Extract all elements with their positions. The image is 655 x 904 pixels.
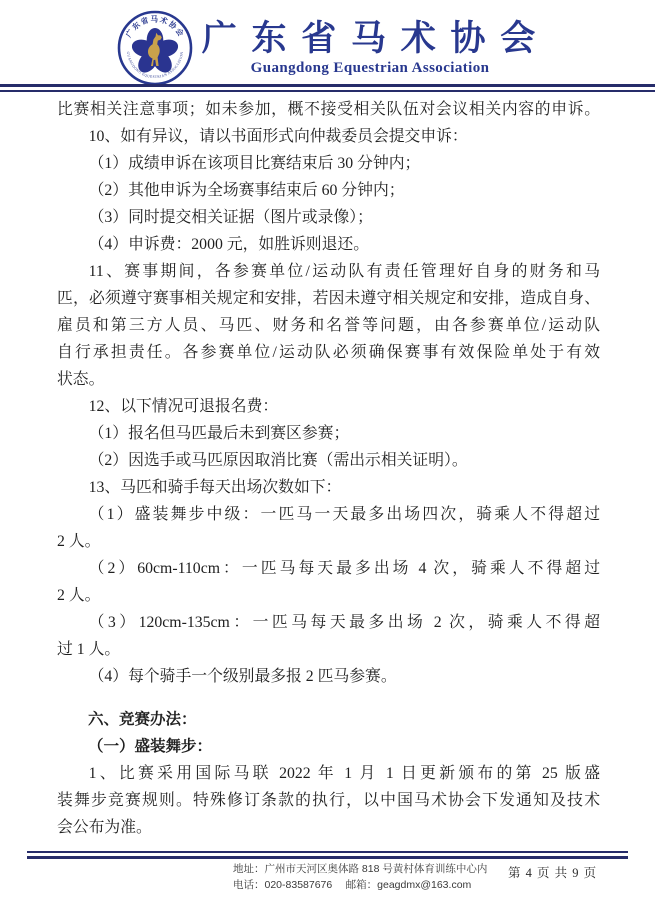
body-line: 自行承担责任。各参赛单位/运动队必须确保赛事有效保险单处于有效 xyxy=(57,339,600,366)
body-line: 雇员和第三方人员、马匹、财务和名誉等问题，由各参赛单位/运动队 xyxy=(57,312,600,339)
footer-address-line: 地址：广州市天河区奥体路 818 号黄村体育训练中心内 xyxy=(233,861,487,877)
body-line: 匹，必须遵守赛事相关规定和安排，若因未遵守相关规定和安排，造成自身、 xyxy=(57,285,600,312)
body-line: 过 1 人。 xyxy=(57,636,600,663)
subsection-heading: （一）盛装舞步： xyxy=(57,733,600,760)
body-line: （3）120cm-135cm：一匹马每天最多出场 2 次，骑乘人不得超 xyxy=(57,609,600,636)
body-line: 2 人。 xyxy=(57,582,600,609)
body-line: 2 人。 xyxy=(57,528,600,555)
document-page: 广东省马术协会 GUANGDONG EQUESTRIAN ASSOCIATION… xyxy=(0,0,655,904)
page-indicator: 第 4 页 共 9 页 xyxy=(508,863,597,881)
org-name-chinese: 广 东 省 马 术 协 会 xyxy=(202,19,539,59)
org-name-english: Guangdong Equestrian Association xyxy=(251,60,490,77)
letterhead-titles: 广 东 省 马 术 协 会 Guangdong Equestrian Assoc… xyxy=(202,19,539,77)
body-line: 11、赛事期间，各参赛单位/运动队有责任管理好自身的财务和马 xyxy=(57,258,600,285)
body-line: （4）申诉费：2000 元，如胜诉则退还。 xyxy=(57,231,600,258)
body-line: 装舞步竞赛规则。特殊修订条款的执行，以中国马术协会下发通知及技术 xyxy=(57,787,600,814)
body-line: 12、以下情况可退报名费： xyxy=(57,393,600,420)
body-line: 状态。 xyxy=(57,366,600,393)
body-line: （2）因选手或马匹原因取消比赛（需出示相关证明）。 xyxy=(57,447,600,474)
footer-contact-line: 电话：020-83587676 邮箱：geagdmx@163.com xyxy=(233,877,487,893)
body-line: （2）其他申诉为全场赛事结束后 60 分钟内； xyxy=(57,177,600,204)
body-line: （1）报名但马匹最后未到赛区参赛； xyxy=(57,420,600,447)
body-line: 13、马匹和骑手每天出场次数如下： xyxy=(57,474,600,501)
body-line: （1）成绩申诉在该项目比赛结束后 30 分钟内； xyxy=(57,150,600,177)
body-line: 比赛相关注意事项；如未参加，概不接受相关队伍对会议相关内容的申诉。 xyxy=(57,96,600,123)
body-line: 会公布为准。 xyxy=(57,814,600,841)
footer-address-block: 地址：广州市天河区奥体路 818 号黄村体育训练中心内 电话：020-83587… xyxy=(233,861,487,893)
body-line: （4）每个骑手一个级别最多报 2 匹马参赛。 xyxy=(57,663,600,690)
body-line: 1、比赛采用国际马联 2022 年 1 月 1 日更新颁布的第 25 版盛 xyxy=(57,760,600,787)
body-line: （2）60cm-110cm：一匹马每天最多出场 4 次，骑乘人不得超过 xyxy=(57,555,600,582)
document-body: 比赛相关注意事项；如未参加，概不接受相关队伍对会议相关内容的申诉。 10、如有异… xyxy=(57,96,600,841)
body-line: （1）盛装舞步中级：一匹马一天最多出场四次，骑乘人不得超过 xyxy=(57,501,600,528)
header-divider xyxy=(0,84,655,92)
association-logo: 广东省马术协会 GUANGDONG EQUESTRIAN ASSOCIATION xyxy=(117,10,193,86)
letterhead: 广东省马术协会 GUANGDONG EQUESTRIAN ASSOCIATION… xyxy=(0,10,655,86)
body-line: 10、如有异议，请以书面形式向仲裁委员会提交申诉： xyxy=(57,123,600,150)
section-heading: 六、竞赛办法： xyxy=(57,706,600,733)
body-line: （3）同时提交相关证据（图片或录像）； xyxy=(57,204,600,231)
footer-divider xyxy=(27,851,628,859)
